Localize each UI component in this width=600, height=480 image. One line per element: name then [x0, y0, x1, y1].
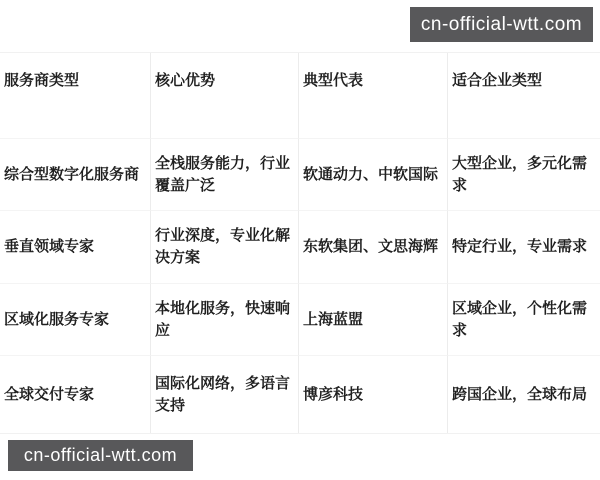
table-cell: 软通动力、中软国际: [298, 139, 447, 211]
header-cell-provider-type: 服务商类型: [0, 53, 150, 139]
table-cell: 区域企业，个性化需求: [447, 284, 600, 356]
table-cell: 全栈服务能力，行业覆盖广泛: [150, 139, 298, 211]
watermark-badge-bottom: cn-official-wtt.com: [8, 440, 193, 471]
table-cell: 特定行业，专业需求: [447, 211, 600, 284]
table-cell: 区域化服务专家: [0, 284, 150, 356]
table-cell: 博彦科技: [298, 356, 447, 433]
watermark-badge-top: cn-official-wtt.com: [410, 7, 593, 42]
table-cell: 行业深度，专业化解决方案: [150, 211, 298, 284]
table-cell: 上海蓝盟: [298, 284, 447, 356]
table-cell: 东软集团、文思海辉: [298, 211, 447, 284]
table-cell: 垂直领域专家: [0, 211, 150, 284]
table-cell: 全球交付专家: [0, 356, 150, 433]
service-provider-table: 服务商类型 核心优势 典型代表 适合企业类型 综合型数字化服务商 全栈服务能力，…: [0, 52, 600, 434]
header-cell-core-advantage: 核心优势: [150, 53, 298, 139]
header-cell-suitable-enterprise: 适合企业类型: [447, 53, 600, 139]
table-cell: 综合型数字化服务商: [0, 139, 150, 211]
table-cell: 本地化服务，快速响应: [150, 284, 298, 356]
header-cell-representatives: 典型代表: [298, 53, 447, 139]
table-cell: 国际化网络，多语言支持: [150, 356, 298, 433]
table-cell: 大型企业，多元化需求: [447, 139, 600, 211]
table-cell: 跨国企业，全球布局: [447, 356, 600, 433]
